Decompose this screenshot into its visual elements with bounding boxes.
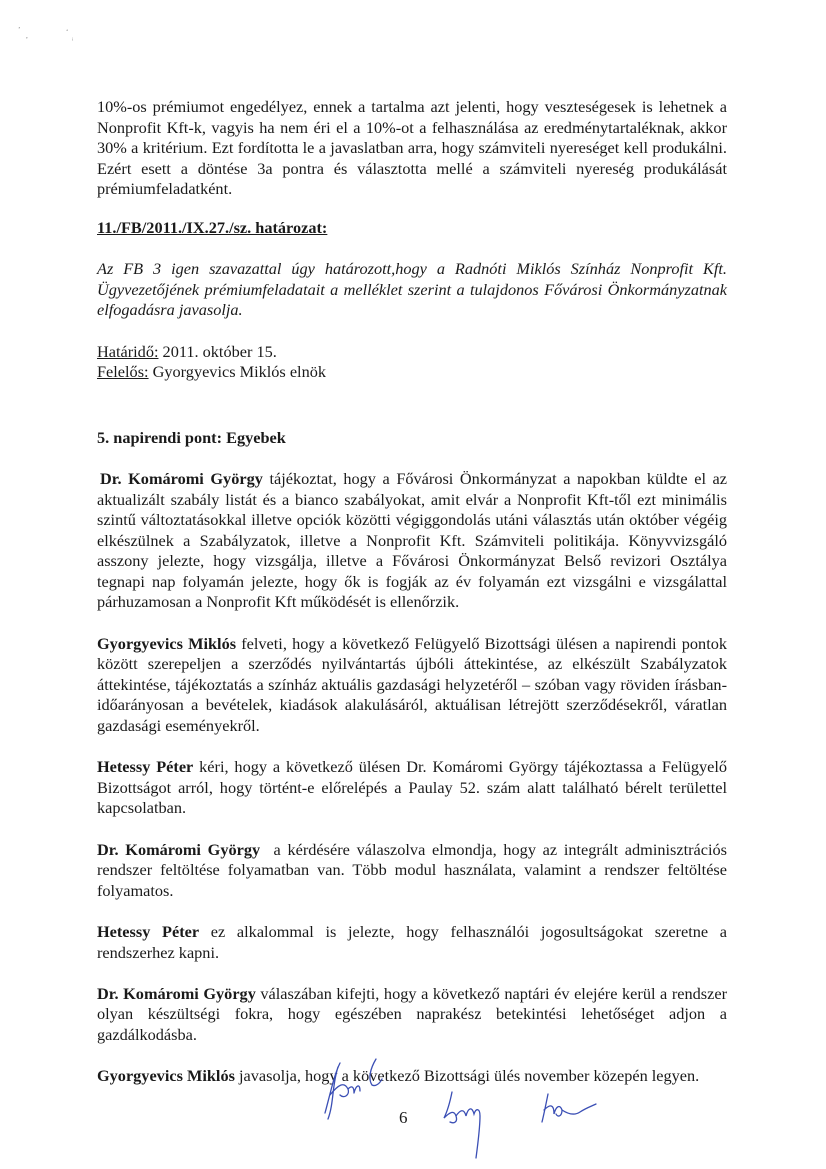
page-number: 6 xyxy=(399,1108,408,1128)
speaker-name: Hetessy Péter xyxy=(97,922,199,941)
speaker-name: Gyorgyevics Miklós xyxy=(97,1066,235,1085)
section-paragraph: Hetessy Péter ez alkalommal is jelezte, … xyxy=(97,922,727,963)
section-paragraph: Gyorgyevics Miklós felveti, hogy a követ… xyxy=(97,634,727,737)
paragraph-text: tájékoztat, hogy a Fővárosi Önkormányzat… xyxy=(97,469,727,612)
paragraph-text: javasolja, hogy a következő Bizottsági ü… xyxy=(235,1066,699,1085)
signature-3 xyxy=(540,1090,600,1130)
resolution-text: Az FB 3 igen szavazattal úgy határozott,… xyxy=(97,259,727,321)
signature-1 xyxy=(320,1055,400,1125)
document-body: 10%-os prémiumot engedélyez, ennek a tar… xyxy=(97,97,727,1087)
speaker-name: Dr. Komáromi György xyxy=(97,984,256,1003)
speaker-name: Dr. Komáromi György xyxy=(97,840,260,859)
responsible-value: Gyorgyevics Miklós elnök xyxy=(149,362,326,381)
speaker-name: Dr. Komáromi György xyxy=(100,469,263,488)
deadline-label: Határidő: xyxy=(97,342,158,361)
speaker-name: Hetessy Péter xyxy=(97,757,193,776)
intro-paragraph: 10%-os prémiumot engedélyez, ennek a tar… xyxy=(97,97,727,200)
responsible-label: Felelős: xyxy=(97,362,149,381)
document-page: ʼ, ʻᵢ 10%-os prémiumot engedélyez, ennek… xyxy=(0,0,826,1169)
speaker-name: Gyorgyevics Miklós xyxy=(97,634,236,653)
responsible-line: Felelős: Gyorgyevics Miklós elnök xyxy=(97,362,727,383)
deadline-line: Határidő: 2011. október 15. xyxy=(97,342,727,363)
section-paragraph: Dr. Komáromi György válaszában kifejti, … xyxy=(97,984,727,1046)
section-paragraph: Dr. Komáromi György tájékoztat, hogy a F… xyxy=(97,469,727,613)
section-paragraph: Gyorgyevics Miklós javasolja, hogy a köv… xyxy=(97,1066,727,1087)
section-paragraph: Dr. Komáromi György a kérdésére válaszol… xyxy=(97,840,727,902)
section-paragraph: Hetessy Péter kéri, hogy a következő ülé… xyxy=(97,757,727,819)
deadline-value: 2011. október 15. xyxy=(158,342,276,361)
section-title: 5. napirendi pont: Egyebek xyxy=(97,428,727,449)
signature-2 xyxy=(440,1088,490,1163)
resolution-heading: 11./FB/2011./IX.27./sz. határozat: xyxy=(97,218,727,239)
